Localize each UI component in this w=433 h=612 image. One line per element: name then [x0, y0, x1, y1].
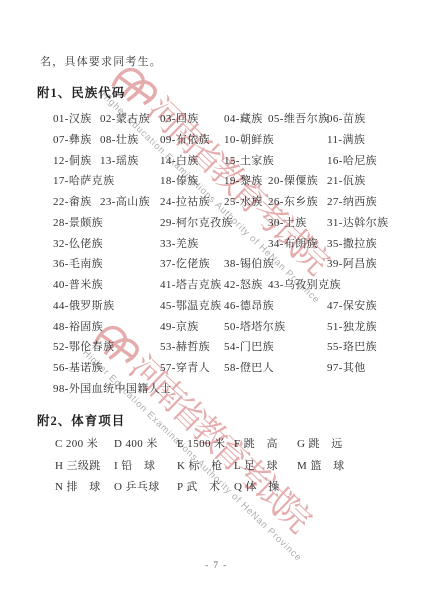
- sports-code-item: P 武 术: [177, 481, 220, 493]
- sports-code-item: Q 体 操: [234, 481, 280, 493]
- sports-code-item: O 乒乓球: [114, 481, 160, 493]
- sports-code-item: D 400 米: [114, 438, 158, 450]
- page-number: - 7 -: [0, 560, 433, 570]
- sports-code-item: I 铅 球: [114, 460, 155, 472]
- sports-code-item: H 三级跳: [55, 460, 101, 472]
- sports-code-item: E 1500 米: [177, 438, 225, 450]
- sports-code-item: F 跳 高: [234, 438, 278, 450]
- sports-code-item: K 标 枪: [177, 460, 223, 472]
- sports-code-item: L 足 球: [234, 460, 278, 472]
- sports-code-item: G 跳 远: [297, 438, 343, 450]
- document-page: 河南省教育考试院 Higher Education Examinations A…: [0, 0, 433, 612]
- sports-code-item: C 200 米: [55, 438, 98, 450]
- sports-code-item: N 排 球: [55, 481, 101, 493]
- sports-code-list: C 200 米D 400 米E 1500 米F 跳 高G 跳 远H 三级跳I 铅…: [0, 0, 433, 612]
- sports-code-item: M 篮 球: [297, 460, 345, 472]
